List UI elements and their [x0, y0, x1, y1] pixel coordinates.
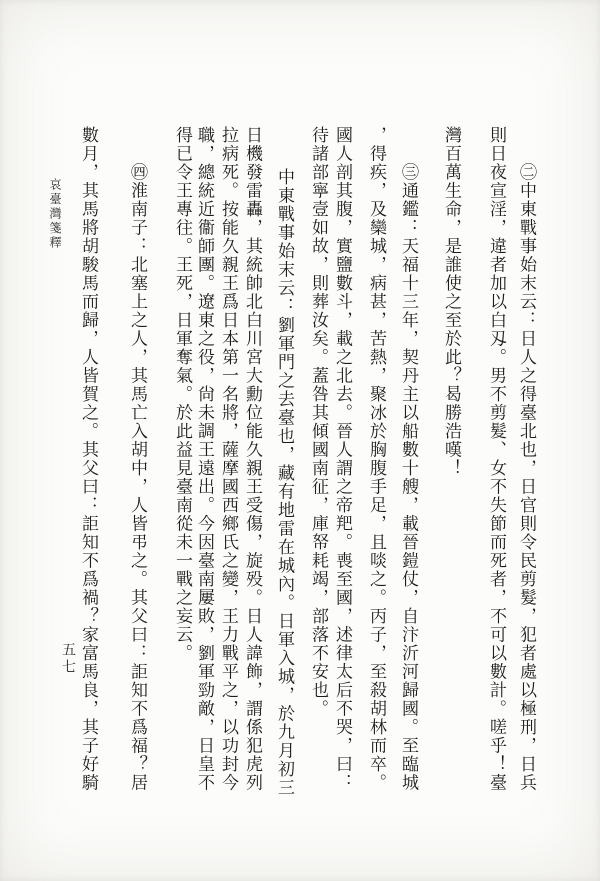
text-column-4: ㊂通鑑：天福十三年，契丹主以船數十艘，載晉鎧仗，自汴沂河歸國。至臨城 [395, 126, 421, 816]
text-column-3: 灣百萬生命，是誰使之至於此？曷勝浩嘆！ [438, 126, 464, 816]
page-number: 五七 [58, 642, 76, 676]
text-column-2: 則日夜宣淫，違者加以白刄。男不剪髮、女不失節而死者，不可以數計。嗟乎！臺 [483, 126, 509, 816]
text-column-5: ，得疾，及欒城，病甚，苦熱，聚冰於胸腹手足，且啖之。丙子，至殺胡林而卒。 [363, 126, 389, 816]
text-column-9: 日機發雷轟，其統帥北白川宮大勳位能久親王受傷，旋殁。日人諱飾，謂係犯虎列 [239, 126, 265, 816]
book-page: ㊁中東戰事始末云：日人之得臺北也，日官則令民剪髮，犯者處以極刑，日兵 則日夜宣淫… [0, 0, 600, 881]
text-column-8: 中東戰事始末云：劉軍門之去臺也，藏有地雷在城內。日軍入城，於九月初三 [271, 126, 297, 816]
text-column-6: 國人剖其腹，實鹽數斗，載之北去。晉人謂之帝羓。喪至國，述律太后不哭，曰： [329, 126, 355, 816]
text-column-10: 拉病死。按能久親王爲日本第一名將，薩摩國西鄉氏之變，王力戰平之，以功封今 [215, 126, 241, 816]
text-column-14: 數月，其馬將胡駿馬而歸，人皆賀之。其父曰：詎知不爲禍？家富馬良，其子好騎 [75, 126, 101, 816]
text-column-7: 待諸部寧壹如故，則葬汝矣。蓋咎其傾國南征，庫帑耗竭，部落不安也。 [305, 126, 331, 816]
text-column-1: ㊁中東戰事始末云：日人之得臺北也，日官則令民剪髮，犯者處以極刑，日兵 [513, 126, 539, 816]
text-column-13: ㊃淮南子：北塞上之人，其馬亡入胡中，人皆弔之。其父曰：詎知不爲福？居 [124, 126, 150, 816]
book-margin-title: 哀臺灣箋釋 [46, 178, 63, 251]
text-column-12: 得已令王專往。王死，日軍奪氣。於此益見臺南從未一戰之妄云。 [169, 126, 195, 816]
